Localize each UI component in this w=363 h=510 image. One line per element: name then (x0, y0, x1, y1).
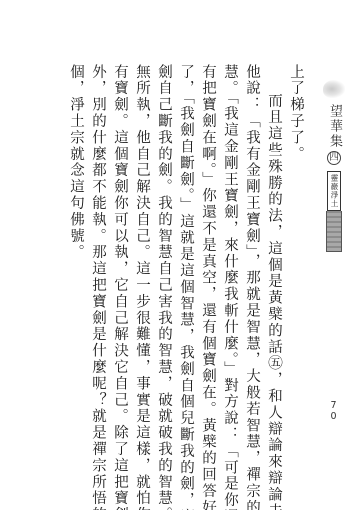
running-header: 望華集 四 靈巖淨土 (321, 80, 347, 252)
text-column: 有把寶劍在啊。」你還不是真空，還有個寶劍在。黃檗的回答好極 (197, 64, 219, 484)
text-column: 無所執，他自己解決自己。這一步很難懂，事實是這樣，就怕你沒 (131, 64, 153, 484)
text-column: 他說：「我有金剛王寶劍」，那就是智慧，大般若智慧，禪宗的智 (241, 64, 263, 484)
page-number: 70 (328, 400, 338, 422)
text-column: 慧。「我這金剛王寶劍，來什麼我斬什麼。」對方說：「可是你還 (219, 64, 241, 484)
body-text: 上了梯子了。 而且這些殊勝的法，這個是黃檗的話㊄，和人辯論來辯論去， 他說：「我… (65, 64, 307, 484)
leaf-ornament-icon (323, 80, 345, 98)
text-column: 上了梯子了。 (285, 64, 307, 484)
text-column: 而且這些殊勝的法，這個是黃檗的話㊄，和人辯論來辯論去， (263, 64, 285, 484)
text-column: 外，別的什麼都不能執。那這把寶劍是什麼呢？就是禪宗所悟的那 (87, 64, 109, 484)
book-title: 望華集 (326, 104, 342, 149)
series-shaded-block (326, 211, 342, 252)
series-label: 靈巖淨土 (327, 171, 341, 211)
text-column: 了，「我劍自斷劍。」這就是這個智慧，我劍自個兒斷我的劍，寶 (175, 64, 197, 484)
text-column: 有寶劍。這個寶劍你可以執，它自己解決它自己。除了這把寶劍之 (109, 64, 131, 484)
text-column: 劍自己斷我的劍。我的智慧自己害我的智慧，破就破我的智慧。他 (153, 64, 175, 484)
text-column: 個，淨土宗就念這句佛號。 (65, 64, 87, 484)
volume-number: 四 (327, 151, 341, 165)
